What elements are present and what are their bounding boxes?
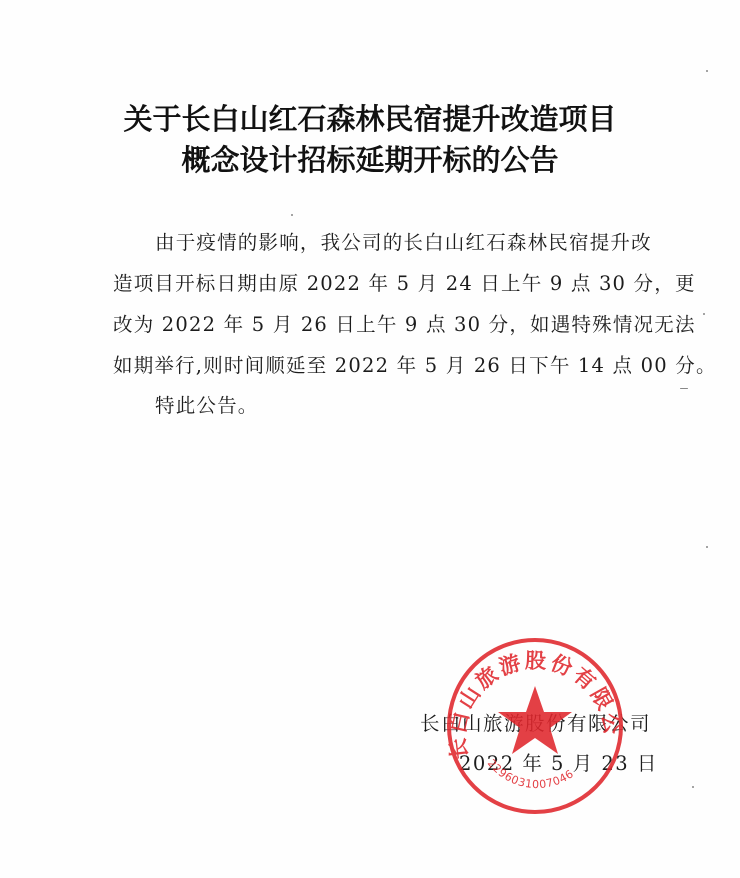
scan-speck (703, 313, 705, 315)
body-paragraph-line-2: 造项目开标日期由原 2022 年 5 月 24 日上午 9 点 30 分，更 (113, 268, 673, 296)
scan-speck (706, 546, 708, 548)
company-seal-stamp: 长白山旅游股份有限公司 2296031007046 (440, 638, 630, 818)
document-title-line-1: 关于长白山红石森林民宿提升改造项目 (0, 97, 740, 138)
body-paragraph-line-3: 改为 2022 年 5 月 26 日上午 9 点 30 分，如遇特殊情况无法 (113, 309, 673, 337)
body-paragraph-line-4: 如期举行,则时间顺延至 2022 年 5 月 26 日下午 14 点 00 分。 (113, 350, 673, 378)
document-title-line-2: 概念设计招标延期开标的公告 (0, 138, 740, 179)
scan-speck (706, 70, 708, 72)
document-page: 关于长白山红石森林民宿提升改造项目 概念设计招标延期开标的公告 由于疫情的影响，… (0, 0, 740, 878)
closing-remark: 特此公告。 (155, 390, 715, 418)
scan-speck (692, 786, 694, 788)
svg-text:2296031007046: 2296031007046 (485, 757, 576, 791)
star-icon (498, 686, 572, 754)
body-paragraph-line-1: 由于疫情的影响，我公司的长白山红石森林民宿提升改 (155, 227, 715, 255)
scan-speck (291, 214, 293, 216)
scan-speck (680, 388, 688, 389)
stamp-code: 2296031007046 (485, 757, 576, 791)
